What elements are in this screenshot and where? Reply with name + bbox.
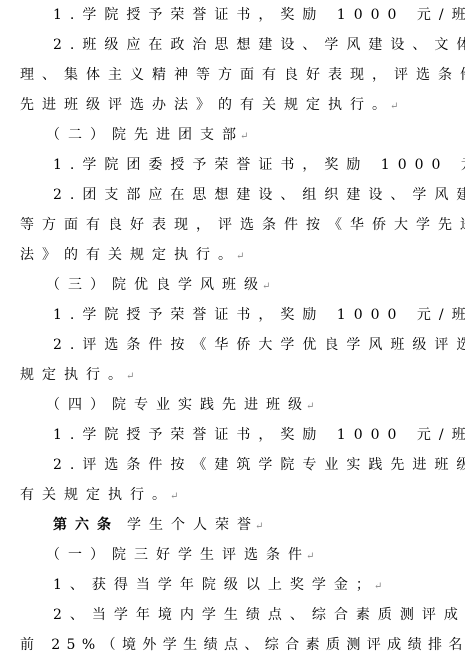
line-text: 有关规定执行。 bbox=[20, 487, 174, 503]
article-title: 学生个人荣誉 bbox=[127, 517, 259, 533]
line-text: 等方面有良好表现，评选条件按《华侨大学先进团支部评选办 bbox=[20, 217, 465, 233]
section-heading: （一）院三好学生评选条件↵ bbox=[20, 540, 448, 570]
line-text: 理、集体主义精神等方面有良好表现，评选条件按《华侨大学 bbox=[20, 67, 465, 83]
line-text: 1.学院授予荣誉证书，奖励 1000 元/班。 bbox=[53, 427, 465, 443]
paragraph-line: 法》的有关规定执行。↵ bbox=[20, 240, 448, 270]
paragraph-line: 2.评选条件按《华侨大学优良学风班级评选办法》的有关 bbox=[20, 330, 448, 360]
line-text: 先进班级评选办法》的有关规定执行。 bbox=[20, 97, 394, 113]
paragraph-line: 2.团支部应在思想建设、组织建设、学风建设、开展活动 bbox=[20, 180, 448, 210]
article-heading: 第六条学生个人荣誉↵ bbox=[20, 510, 448, 540]
line-text: 2、当学年境内学生绩点、综合素质测评成绩排名在班级 bbox=[53, 607, 465, 623]
paragraph-mark-icon: ↵ bbox=[374, 581, 382, 592]
heading-text: （一）院三好学生评选条件 bbox=[46, 547, 310, 563]
paragraph-line: 2、当学年境内学生绩点、综合素质测评成绩排名在班级 bbox=[20, 600, 448, 630]
paragraph-mark-icon: ↵ bbox=[126, 371, 134, 382]
paragraph-line: 1.学院团委授予荣誉证书，奖励 1000 元/支部。↵ bbox=[20, 150, 448, 180]
paragraph-line: 前 25%（境外学生绩点、综合素质测评成绩排名班级前 35%)；↵ bbox=[20, 630, 448, 660]
paragraph-mark-icon: ↵ bbox=[170, 491, 178, 502]
paragraph-line: 等方面有良好表现，评选条件按《华侨大学先进团支部评选办 bbox=[20, 210, 448, 240]
paragraph-mark-icon: ↵ bbox=[255, 521, 263, 532]
line-text: 2.团支部应在思想建设、组织建设、学风建设、开展活动 bbox=[53, 187, 465, 203]
heading-text: （二）院先进团支部 bbox=[46, 127, 244, 143]
paragraph-line: 先进班级评选办法》的有关规定执行。↵ bbox=[20, 90, 448, 120]
section-heading: （三）院优良学风班级↵ bbox=[20, 270, 448, 300]
line-text: 法》的有关规定执行。 bbox=[20, 247, 240, 263]
document-page: 1.学院授予荣誉证书，奖励 1000 元/班。↵ 2.班级应在政治思想建设、学风… bbox=[20, 0, 448, 660]
line-text: 前 25%（境外学生绩点、综合素质测评成绩排名班级前 35%)； bbox=[20, 637, 465, 653]
line-text: 1.学院团委授予荣誉证书，奖励 1000 元/支部。 bbox=[53, 157, 465, 173]
line-text: 2.评选条件按《建筑学院专业实践先进班级评选办法》的 bbox=[53, 457, 465, 473]
paragraph-line: 规定执行。↵ bbox=[20, 360, 448, 390]
paragraph-line: 2.评选条件按《建筑学院专业实践先进班级评选办法》的 bbox=[20, 450, 448, 480]
line-text: 规定执行。 bbox=[20, 367, 130, 383]
line-text: 1.学院授予荣誉证书，奖励 1000 元/班。 bbox=[53, 307, 465, 323]
paragraph-mark-icon: ↵ bbox=[240, 131, 248, 142]
line-text: 2.班级应在政治思想建设、学风建设、文体活动、宿舍管 bbox=[53, 37, 465, 53]
line-text: 2.评选条件按《华侨大学优良学风班级评选办法》的有关 bbox=[53, 337, 465, 353]
heading-text: （三）院优良学风班级 bbox=[46, 277, 266, 293]
paragraph-line: 1.学院授予荣誉证书，奖励 1000 元/班。↵ bbox=[20, 300, 448, 330]
paragraph-line: 1.学院授予荣誉证书，奖励 1000 元/班。↵ bbox=[20, 0, 448, 30]
paragraph-line: 2.班级应在政治思想建设、学风建设、文体活动、宿舍管 bbox=[20, 30, 448, 60]
paragraph-line: 理、集体主义精神等方面有良好表现，评选条件按《华侨大学 bbox=[20, 60, 448, 90]
heading-text: （四）院专业实践先进班级 bbox=[46, 397, 310, 413]
paragraph-mark-icon: ↵ bbox=[236, 251, 244, 262]
paragraph-mark-icon: ↵ bbox=[262, 281, 270, 292]
section-heading: （四）院专业实践先进班级↵ bbox=[20, 390, 448, 420]
line-text: 1、获得当学年院级以上奖学金； bbox=[53, 577, 378, 593]
paragraph-mark-icon: ↵ bbox=[390, 101, 398, 112]
section-heading: （二）院先进团支部↵ bbox=[20, 120, 448, 150]
paragraph-mark-icon: ↵ bbox=[306, 551, 314, 562]
paragraph-line: 1.学院授予荣誉证书，奖励 1000 元/班。↵ bbox=[20, 420, 448, 450]
paragraph-line: 有关规定执行。↵ bbox=[20, 480, 448, 510]
paragraph-mark-icon: ↵ bbox=[306, 401, 314, 412]
paragraph-line: 1、获得当学年院级以上奖学金；↵ bbox=[20, 570, 448, 600]
line-text: 1.学院授予荣誉证书，奖励 1000 元/班。 bbox=[53, 7, 465, 23]
article-number: 第六条 bbox=[53, 517, 119, 533]
